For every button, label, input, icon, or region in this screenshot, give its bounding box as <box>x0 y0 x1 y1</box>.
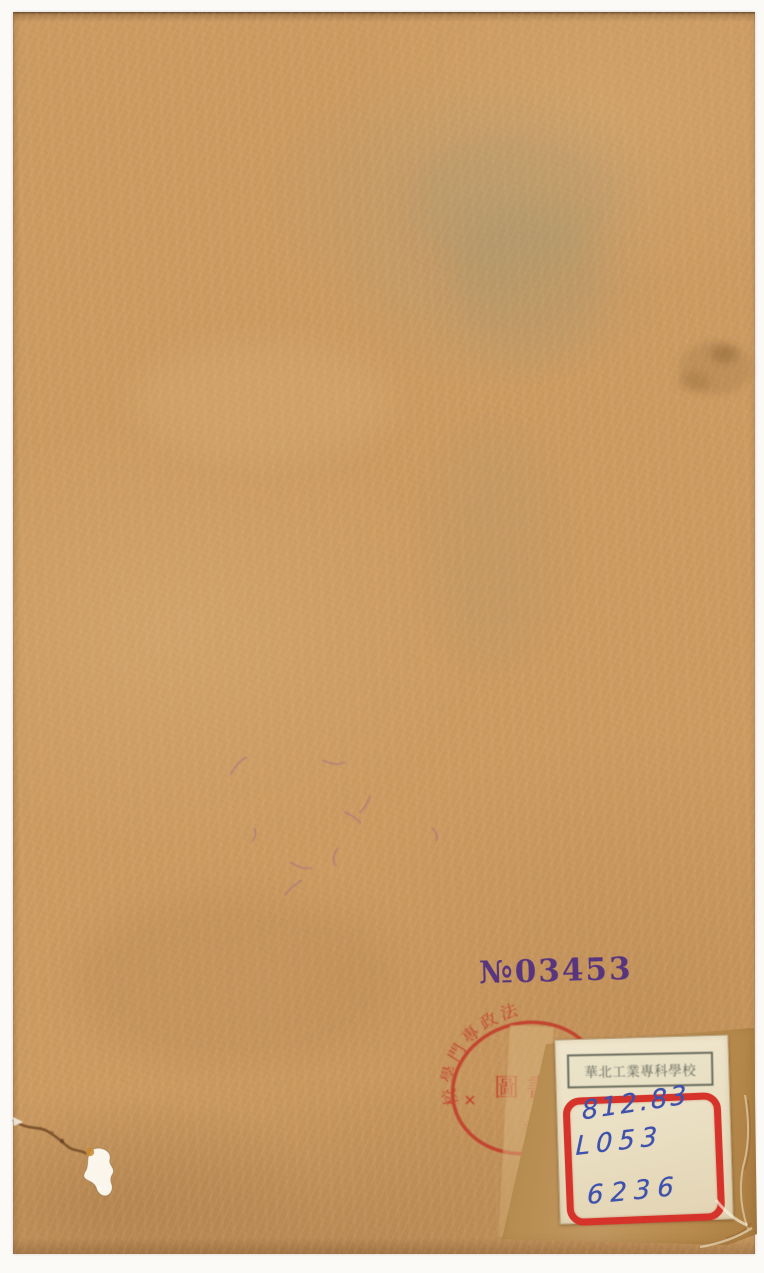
scanned-book-cover: 校學門專政法 圖書 記 №03453 華北工業專科學校 812.83 L053 … <box>0 0 764 1273</box>
accession-number-stamp: №03453 <box>479 951 633 991</box>
school-name-stamp: 華北工業專科學校 <box>567 1052 714 1089</box>
call-number-label: 華北工業專科學校 812.83 L053 6236 <box>554 1034 733 1224</box>
